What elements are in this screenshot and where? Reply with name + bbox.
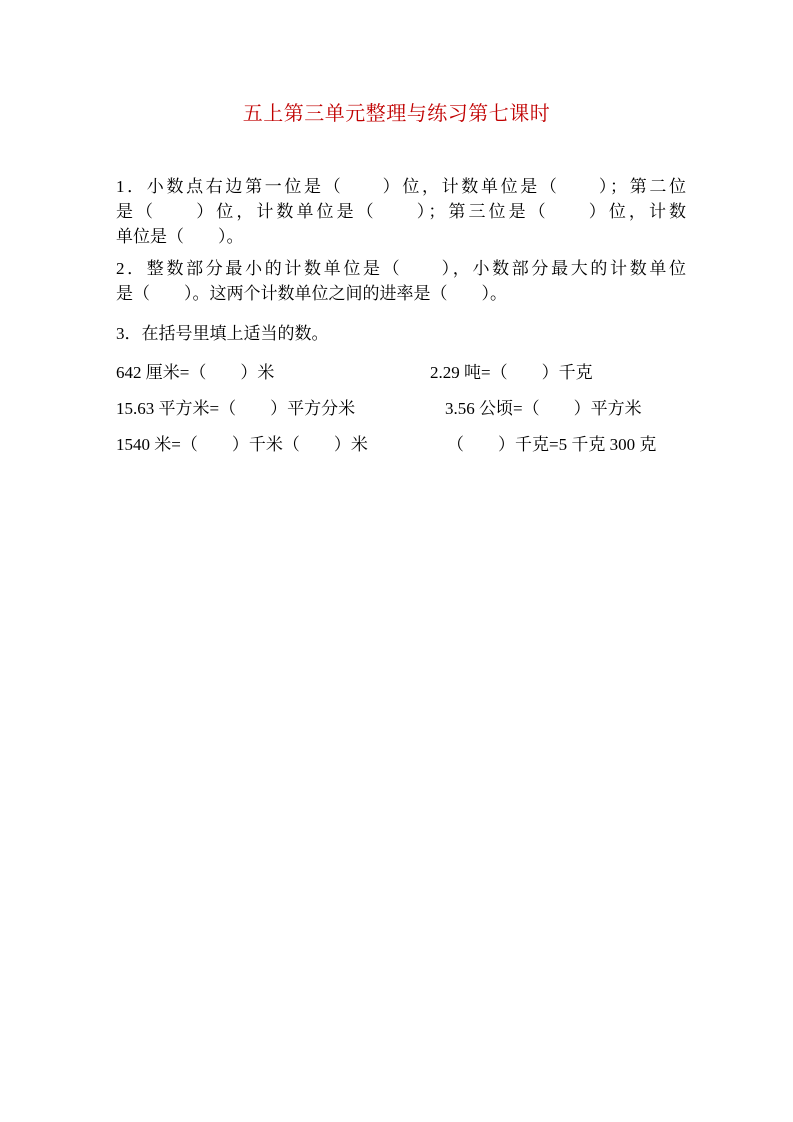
- conversion-row: 642 厘米=（ ）米 2.29 吨=（ ）千克: [116, 360, 686, 385]
- conversion-item-m-to-km-m: 1540 米=（ ）千米（ ）米: [116, 432, 368, 457]
- question-1-line-1: 1．小数点右边第一位是（ ）位，计数单位是（ ）；第二位: [116, 174, 686, 199]
- question-1-line-2: 是（ ）位，计数单位是（ ）；第三位是（ ）位，计数: [116, 199, 686, 224]
- question-1: 1．小数点右边第一位是（ ）位，计数单位是（ ）；第二位 是（ ）位，计数单位是…: [116, 174, 686, 249]
- conversion-item-hectare-to-sqm: 3.56 公顷=（ ）平方米: [445, 396, 642, 421]
- conversion-item-kg-from-kg-g: （ ）千克=5 千克 300 克: [447, 432, 656, 457]
- question-2-line-2: 是（ ）。这两个计数单位之间的进率是（ ）。: [116, 281, 686, 306]
- conversion-item-sqm-to-sqdm: 15.63 平方米=（ ）平方分米: [116, 396, 355, 421]
- question-2: 2．整数部分最小的计数单位是（ ），小数部分最大的计数单位 是（ ）。这两个计数…: [116, 256, 686, 306]
- worksheet-page: 五上第三单元整理与练习第七课时 1．小数点右边第一位是（ ）位，计数单位是（ ）…: [0, 0, 793, 1122]
- page-title: 五上第三单元整理与练习第七课时: [0, 97, 793, 126]
- conversion-row: 1540 米=（ ）千米（ ）米 （ ）千克=5 千克 300 克: [116, 432, 686, 457]
- conversion-row: 15.63 平方米=（ ）平方分米 3.56 公顷=（ ）平方米: [116, 396, 686, 421]
- question-2-line-1: 2．整数部分最小的计数单位是（ ），小数部分最大的计数单位: [116, 256, 686, 281]
- conversion-item-cm-to-m: 642 厘米=（ ）米: [116, 360, 274, 385]
- worksheet-content: 1．小数点右边第一位是（ ）位，计数单位是（ ）；第二位 是（ ）位，计数单位是…: [116, 174, 686, 457]
- question-3-heading: 3．在括号里填上适当的数。: [116, 321, 686, 346]
- question-1-line-3: 单位是（ ）。: [116, 224, 686, 249]
- conversion-item-ton-to-kg: 2.29 吨=（ ）千克: [430, 360, 593, 385]
